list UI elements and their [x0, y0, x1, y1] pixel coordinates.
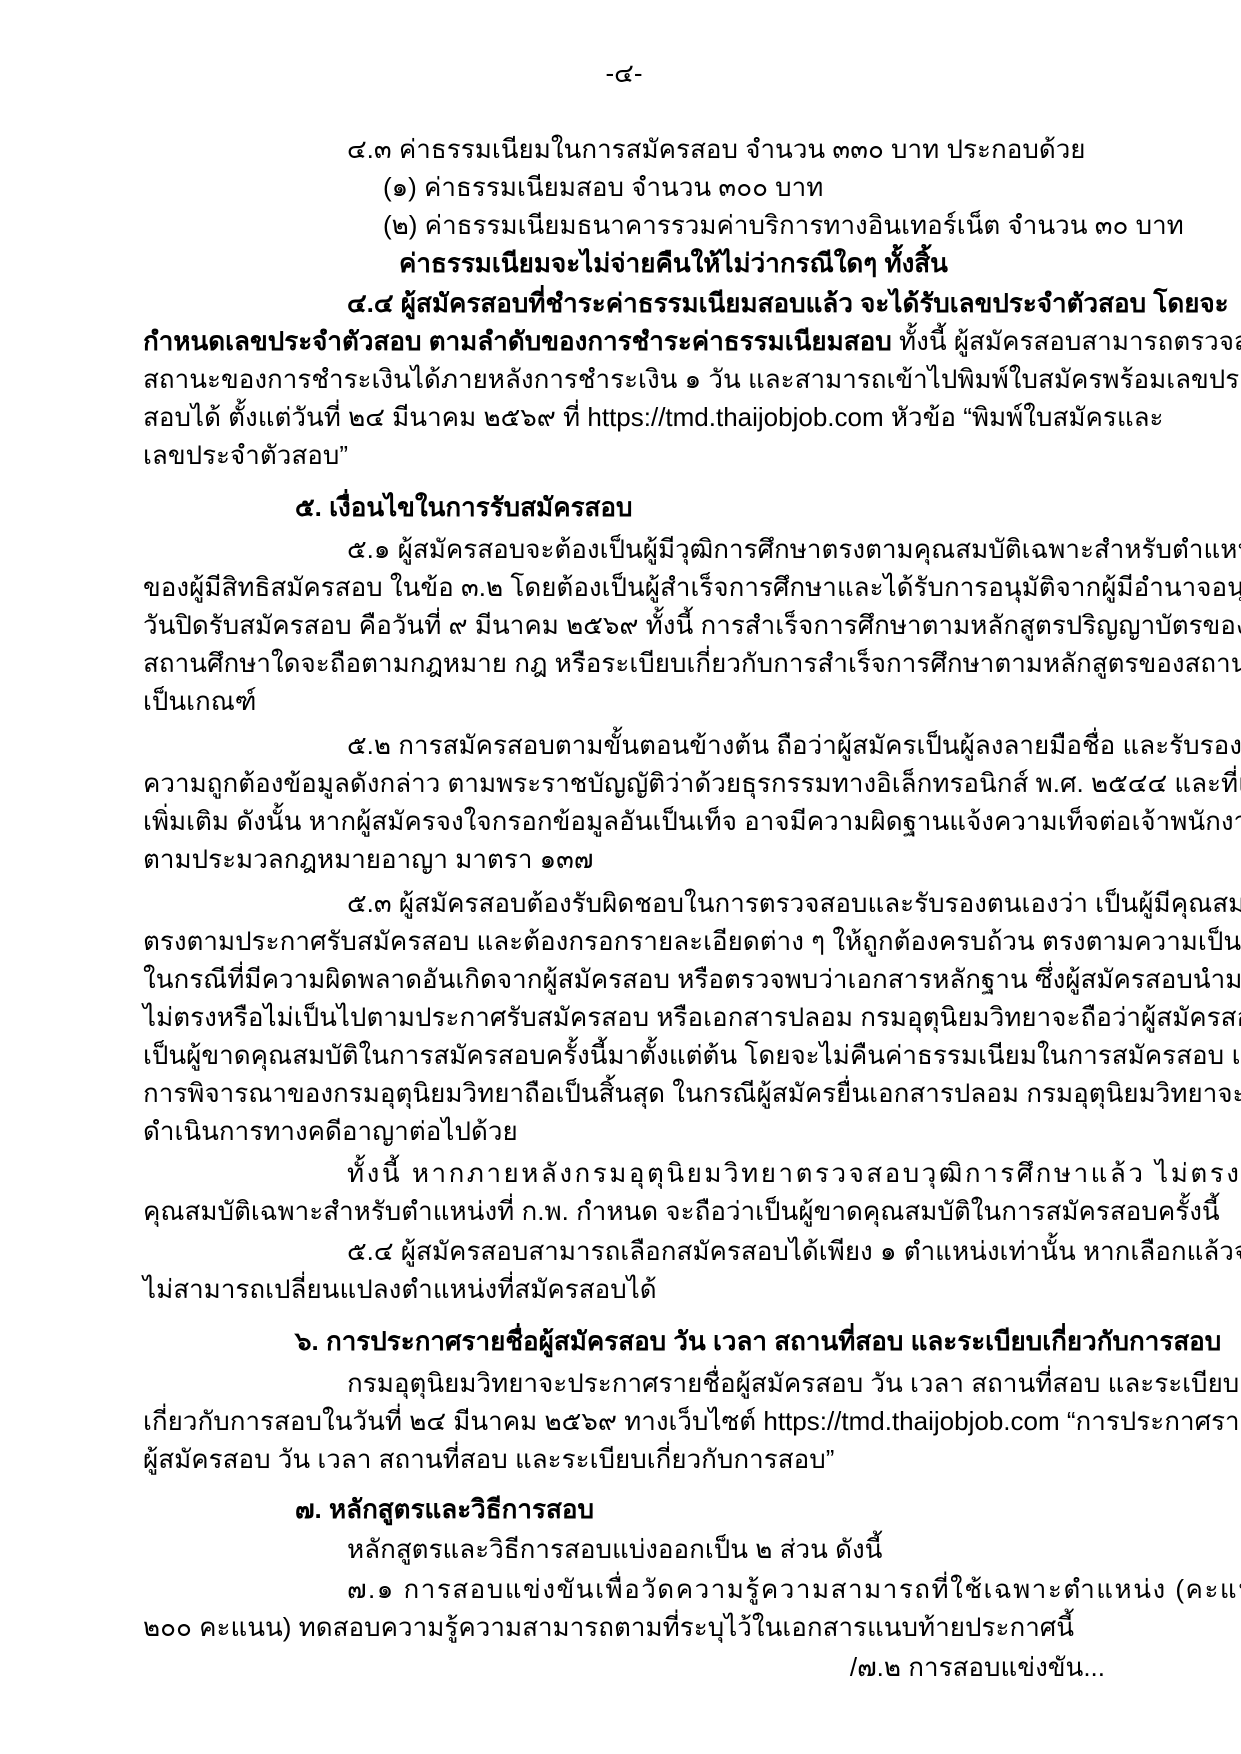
section-6-line-3: ผู้สมัครสอบ วัน เวลา สถานที่สอบ และระเบี… — [143, 1440, 1105, 1478]
clause-5-3-line-4: ไม่ตรงหรือไม่เป็นไปตามประกาศรับสมัครสอบ … — [143, 998, 1105, 1036]
page-number: -๔- — [143, 56, 1105, 90]
document-body: -๔- ๔.๓ ค่าธรรมเนียมในการสมัครสอบ จำนวน … — [143, 0, 1105, 1686]
text-segment: เลขประจำตัวสอบ” — [143, 440, 348, 470]
fee-note: ค่าธรรมเนียมจะไม่จ่ายคืนให้ไม่ว่ากรณีใดๆ… — [143, 244, 1105, 282]
text-segment: สอบได้ ตั้งแต่วันที่ ๒๔ มีนาคม ๒๕๖๙ ที่ … — [143, 402, 1164, 432]
text-segment: หลักสูตรและวิธีการสอบแบ่งออกเป็น ๒ ส่วน … — [347, 1534, 882, 1564]
text-segment: ในกรณีที่มีความผิดพลาดอันเกิดจากผู้สมัคร… — [143, 964, 1241, 994]
section-7-intro: หลักสูตรและวิธีการสอบแบ่งออกเป็น ๒ ส่วน … — [143, 1530, 1105, 1568]
text-segment: สถานะของการชำระเงินได้ภายหลังการชำระเงิน… — [143, 364, 1241, 394]
clause-5-3-line-6: การพิจารณาของกรมอุตุนิยมวิทยาถือเป็นสิ้น… — [143, 1074, 1105, 1112]
document-page: -๔- ๔.๓ ค่าธรรมเนียมในการสมัครสอบ จำนวน … — [0, 0, 1241, 1754]
text-segment: ๕.๑ ผู้สมัครสอบจะต้องเป็นผู้มีวุฒิการศึก… — [347, 534, 1241, 564]
remark-line-1: ทั้งนี้ หากภายหลังกรมอุตุนิยมวิทยาตรวจสอ… — [143, 1154, 1105, 1192]
text-segment: ตรงตามประกาศรับสมัครสอบ และต้องกรอกรายละ… — [143, 926, 1241, 956]
clause-5-1-line-2: ของผู้มีสิทธิสมัครสอบ ในข้อ ๓.๒ โดยต้องเ… — [143, 568, 1105, 606]
text-segment: ไม่สามารถเปลี่ยนแปลงตำแหน่งที่สมัครสอบได… — [143, 1274, 657, 1304]
clause-5-3-line-3: ในกรณีที่มีความผิดพลาดอันเกิดจากผู้สมัคร… — [143, 960, 1105, 998]
text-segment: ๖. การประกาศรายชื่อผู้สมัครสอบ วัน เวลา … — [295, 1326, 1221, 1356]
clause-5-2-line-3: เพิ่มเติม ดังนั้น หากผู้สมัครจงใจกรอกข้อ… — [143, 802, 1105, 840]
text-segment: ๗. หลักสูตรและวิธีการสอบ — [295, 1494, 594, 1524]
text-segment: ๗.๑ การสอบแข่งขันเพื่อวัดความรู้ความสามา… — [347, 1574, 1241, 1604]
clause-4-4-line-3: สถานะของการชำระเงินได้ภายหลังการชำระเงิน… — [143, 360, 1105, 398]
text-segment: ๕.๒ การสมัครสอบตามขั้นตอนข้างต้น ถือว่าผ… — [347, 730, 1241, 760]
clause-7-1-line-1: ๗.๑ การสอบแข่งขันเพื่อวัดความรู้ความสามา… — [143, 1570, 1105, 1608]
text-segment: เกี่ยวกับการสอบในวันที่ ๒๔ มีนาคม ๒๕๖๙ ท… — [143, 1406, 1241, 1436]
clause-4-3: ๔.๓ ค่าธรรมเนียมในการสมัครสอบ จำนวน ๓๓๐ … — [143, 130, 1105, 168]
clause-4-4-line-2: กำหนดเลขประจำตัวสอบ ตามลำดับของการชำระค่… — [143, 322, 1105, 360]
clause-5-1-line-4: สถานศึกษาใดจะถือตามกฎหมาย กฎ หรือระเบียบ… — [143, 644, 1105, 682]
text-segment: ๕.๔ ผู้สมัครสอบสามารถเลือกสมัครสอบได้เพี… — [347, 1236, 1241, 1266]
clause-5-3-line-5: เป็นผู้ขาดคุณสมบัติในการสมัครสอบครั้งนี้… — [143, 1036, 1105, 1074]
clause-4-4-line-5: เลขประจำตัวสอบ” — [143, 436, 1105, 474]
text-segment: คุณสมบัติเฉพาะสำหรับตำแหน่งที่ ก.พ. กำหน… — [143, 1196, 1220, 1226]
text-segment: การพิจารณาของกรมอุตุนิยมวิทยาถือเป็นสิ้น… — [143, 1078, 1241, 1108]
clause-5-3-line-2: ตรงตามประกาศรับสมัครสอบ และต้องกรอกรายละ… — [143, 922, 1105, 960]
fee-item-1: (๑) ค่าธรรมเนียมสอบ จำนวน ๓๐๐ บาท — [143, 168, 1105, 206]
clause-7-1-line-2: ๒๐๐ คะแนน) ทดสอบความรู้ความสามารถตามที่ร… — [143, 1608, 1105, 1646]
clause-5-2-line-1: ๕.๒ การสมัครสอบตามขั้นตอนข้างต้น ถือว่าผ… — [143, 726, 1105, 764]
text-segment: ทั้งนี้ ผู้สมัครสอบสามารถตรวจสอบ — [892, 326, 1241, 356]
text-segment: สถานศึกษาใดจะถือตามกฎหมาย กฎ หรือระเบียบ… — [143, 648, 1241, 678]
clause-5-3-line-1: ๕.๓ ผู้สมัครสอบต้องรับผิดชอบในการตรวจสอบ… — [143, 884, 1105, 922]
clause-5-4-line-2: ไม่สามารถเปลี่ยนแปลงตำแหน่งที่สมัครสอบได… — [143, 1270, 1105, 1308]
text-segment: ทั้งนี้ หากภายหลังกรมอุตุนิยมวิทยาตรวจสอ… — [347, 1158, 1241, 1188]
text-segment: เพิ่มเติม ดังนั้น หากผู้สมัครจงใจกรอกข้อ… — [143, 806, 1241, 836]
clause-5-1-line-1: ๕.๑ ผู้สมัครสอบจะต้องเป็นผู้มีวุฒิการศึก… — [143, 530, 1105, 568]
section-5-heading: ๕. เงื่อนไขในการรับสมัครสอบ — [143, 488, 1105, 526]
remark-line-2: คุณสมบัติเฉพาะสำหรับตำแหน่งที่ ก.พ. กำหน… — [143, 1192, 1105, 1230]
text-segment: ๔.๓ ค่าธรรมเนียมในการสมัครสอบ จำนวน ๓๓๐ … — [347, 134, 1086, 164]
clause-4-4-line-4: สอบได้ ตั้งแต่วันที่ ๒๔ มีนาคม ๒๕๖๙ ที่ … — [143, 398, 1105, 436]
fee-item-2: (๒) ค่าธรรมเนียมธนาคารรวมค่าบริการทางอิน… — [143, 206, 1105, 244]
text-segment: ค่าธรรมเนียมจะไม่จ่ายคืนให้ไม่ว่ากรณีใดๆ… — [399, 248, 948, 278]
text-segment: (๑) ค่าธรรมเนียมสอบ จำนวน ๓๐๐ บาท — [383, 172, 823, 202]
section-6-line-1: กรมอุตุนิยมวิทยาจะประกาศรายชื่อผู้สมัครส… — [143, 1364, 1105, 1402]
text-segment: เป็นผู้ขาดคุณสมบัติในการสมัครสอบครั้งนี้… — [143, 1040, 1241, 1070]
text-segment: ดำเนินการทางคดีอาญาต่อไปด้วย — [143, 1116, 518, 1146]
clause-5-1-line-5: เป็นเกณฑ์ — [143, 682, 1105, 720]
text-segment: ตามประมวลกฎหมายอาญา มาตรา ๑๓๗ — [143, 844, 593, 874]
clause-4-4-line-1: ๔.๔ ผู้สมัครสอบที่ชำระค่าธรรมเนียมสอบแล้… — [143, 284, 1105, 322]
text-segment: (๒) ค่าธรรมเนียมธนาคารรวมค่าบริการทางอิน… — [383, 210, 1184, 240]
clause-5-4-line-1: ๕.๔ ผู้สมัครสอบสามารถเลือกสมัครสอบได้เพี… — [143, 1232, 1105, 1270]
text-segment: วันปิดรับสมัครสอบ คือวันที่ ๙ มีนาคม ๒๕๖… — [143, 610, 1241, 640]
text-segment: เป็นเกณฑ์ — [143, 686, 257, 716]
footer-continuation-note: /๗.๒ การสอบแข่งขัน... — [143, 1648, 1105, 1686]
section-6-heading: ๖. การประกาศรายชื่อผู้สมัครสอบ วัน เวลา … — [143, 1322, 1105, 1360]
text-segment: ของผู้มีสิทธิสมัครสอบ ในข้อ ๓.๒ โดยต้องเ… — [143, 572, 1241, 602]
text-segment: ๒๐๐ คะแนน) ทดสอบความรู้ความสามารถตามที่ร… — [143, 1612, 1074, 1642]
clause-5-3-line-7: ดำเนินการทางคดีอาญาต่อไปด้วย — [143, 1112, 1105, 1150]
document-text: ๔.๓ ค่าธรรมเนียมในการสมัครสอบ จำนวน ๓๓๐ … — [143, 130, 1105, 1646]
text-segment: ๕. เงื่อนไขในการรับสมัครสอบ — [295, 492, 633, 522]
text-segment: ไม่ตรงหรือไม่เป็นไปตามประกาศรับสมัครสอบ … — [143, 1002, 1241, 1032]
section-6-line-2: เกี่ยวกับการสอบในวันที่ ๒๔ มีนาคม ๒๕๖๙ ท… — [143, 1402, 1105, 1440]
text-segment: กำหนดเลขประจำตัวสอบ ตามลำดับของการชำระค่… — [143, 326, 892, 356]
clause-5-2-line-4: ตามประมวลกฎหมายอาญา มาตรา ๑๓๗ — [143, 840, 1105, 878]
text-segment: ผู้สมัครสอบ วัน เวลา สถานที่สอบ และระเบี… — [143, 1444, 834, 1474]
clause-5-2-line-2: ความถูกต้องข้อมูลดังกล่าว ตามพระราชบัญญั… — [143, 764, 1105, 802]
text-segment: ความถูกต้องข้อมูลดังกล่าว ตามพระราชบัญญั… — [143, 768, 1241, 798]
text-segment: ๔.๔ ผู้สมัครสอบที่ชำระค่าธรรมเนียมสอบแล้… — [347, 288, 1229, 318]
clause-5-1-line-3: วันปิดรับสมัครสอบ คือวันที่ ๙ มีนาคม ๒๕๖… — [143, 606, 1105, 644]
text-segment: กรมอุตุนิยมวิทยาจะประกาศรายชื่อผู้สมัครส… — [347, 1368, 1239, 1398]
text-segment: ๕.๓ ผู้สมัครสอบต้องรับผิดชอบในการตรวจสอบ… — [347, 888, 1241, 918]
section-7-heading: ๗. หลักสูตรและวิธีการสอบ — [143, 1490, 1105, 1528]
